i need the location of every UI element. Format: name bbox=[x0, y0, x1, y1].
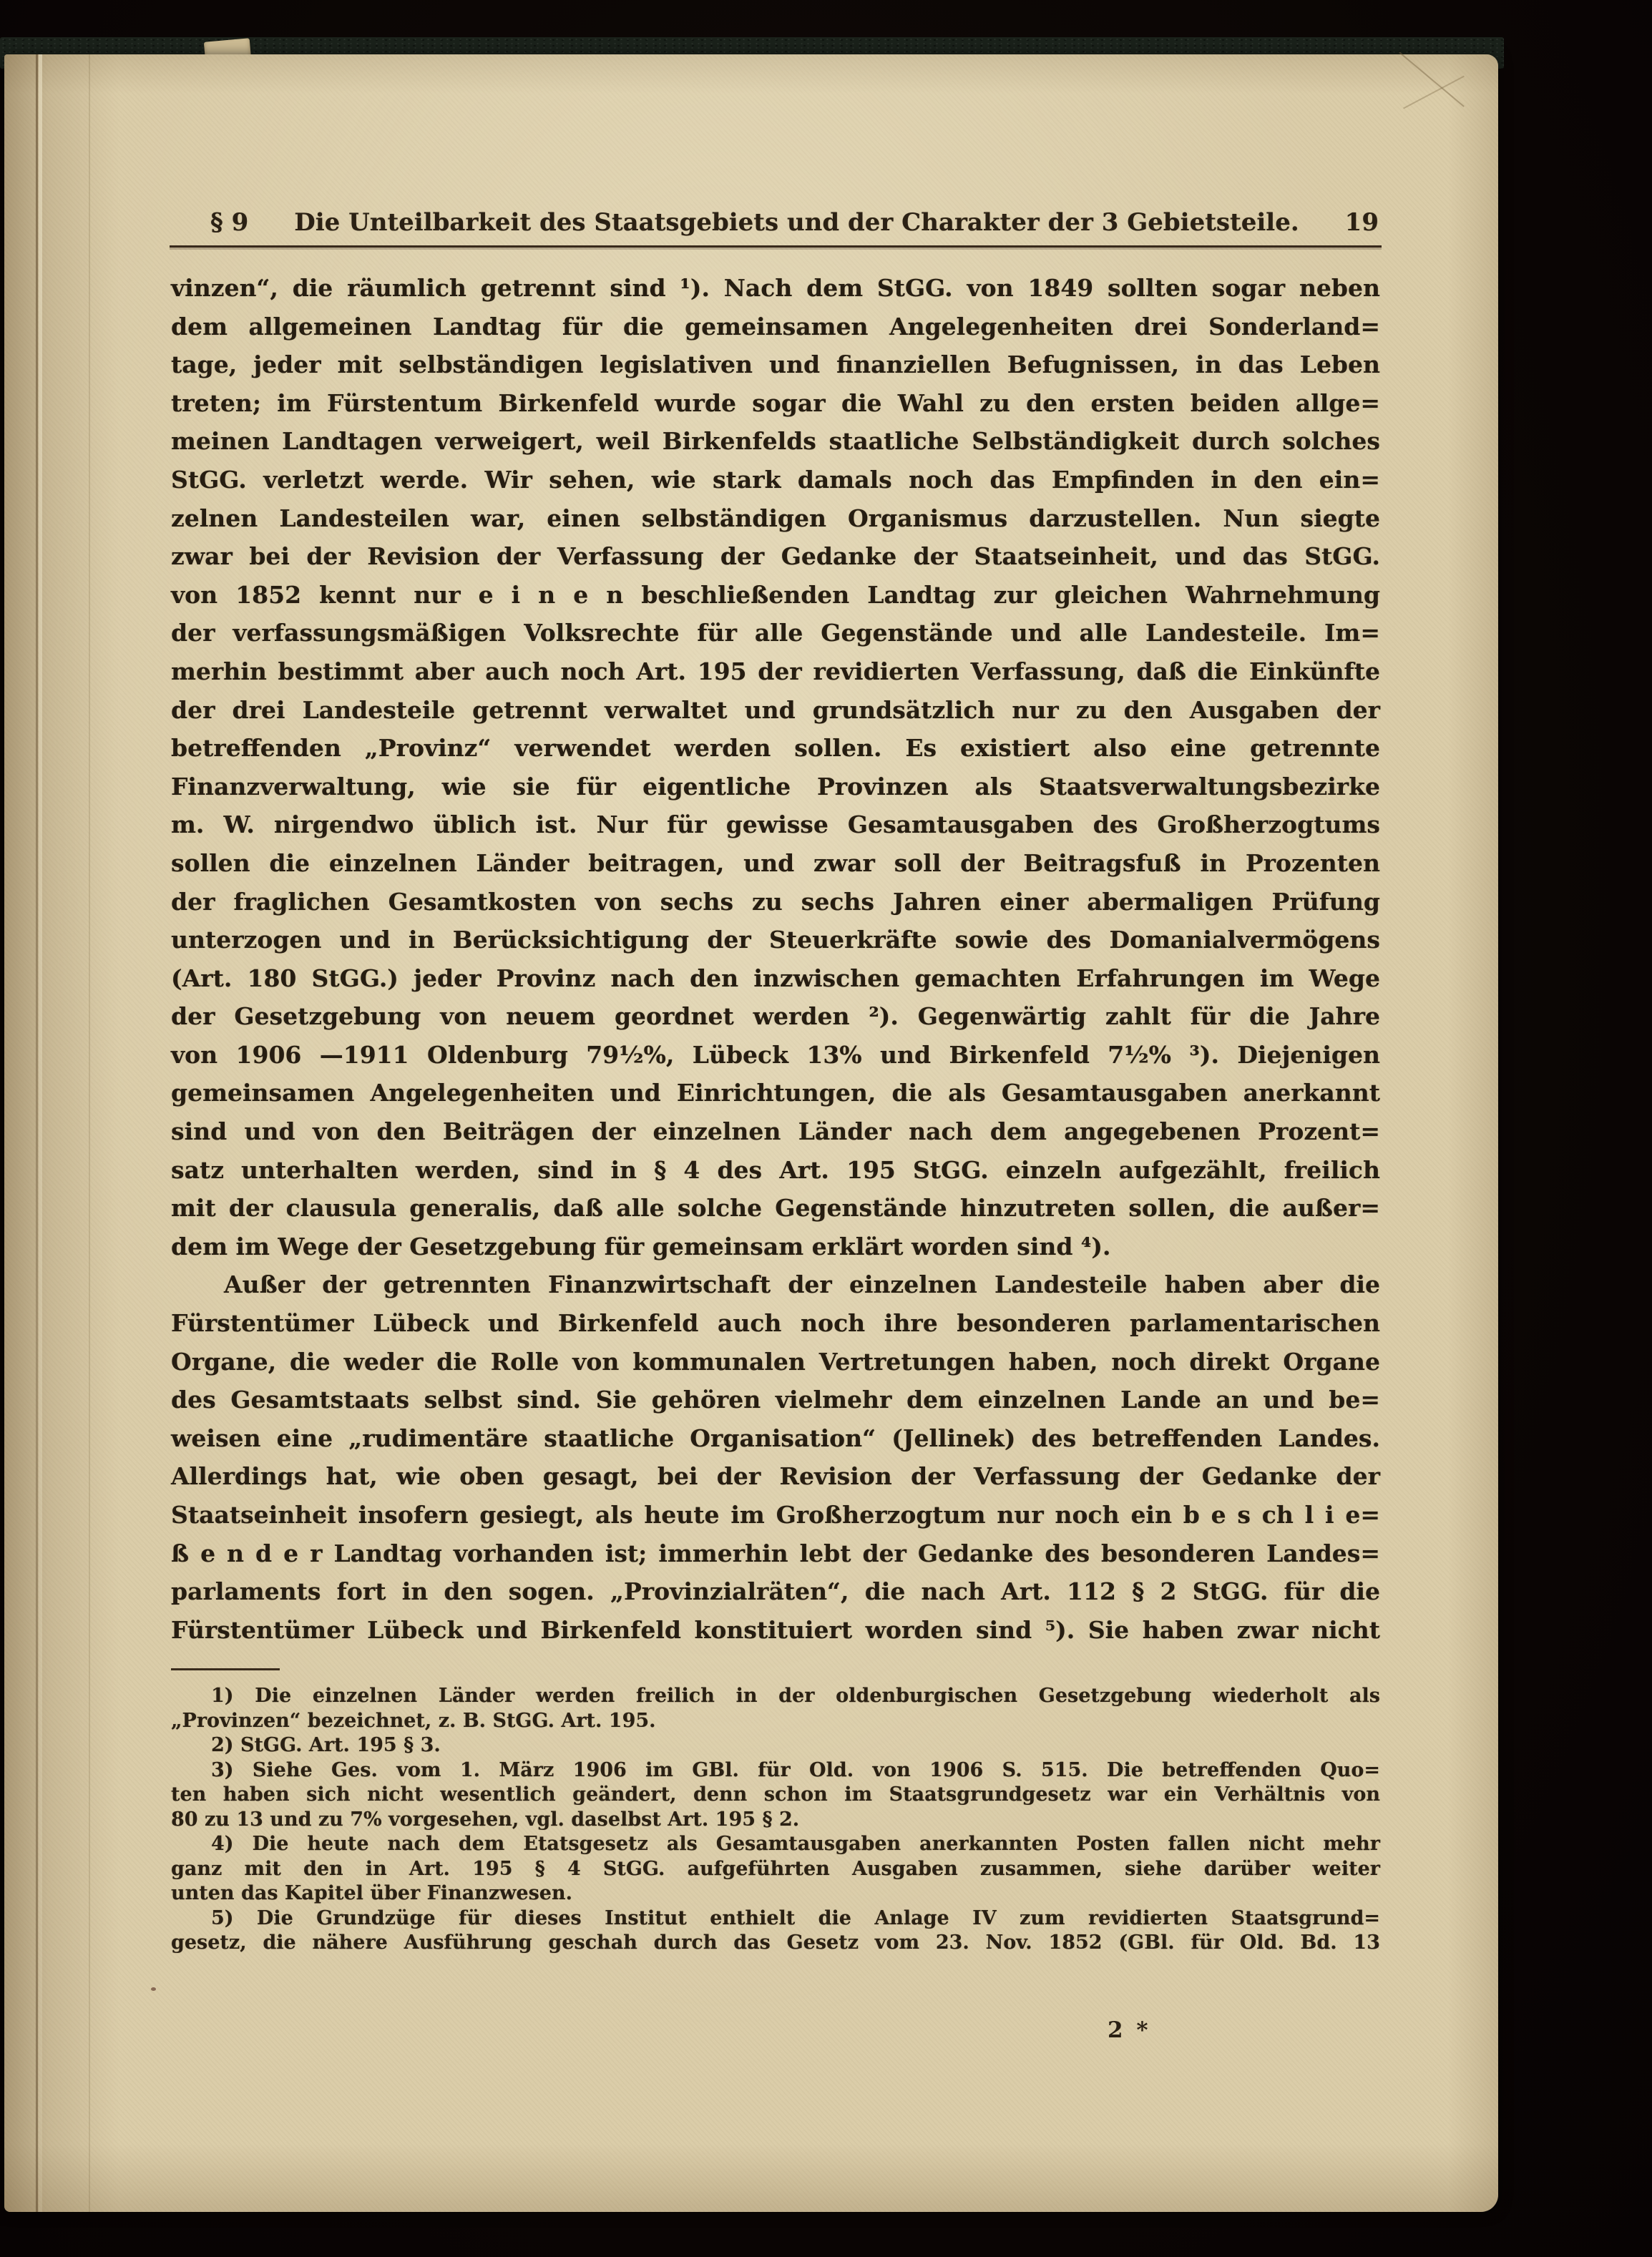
footnote-line: 80 zu 13 und zu 7% vorgesehen, vgl. dase… bbox=[171, 1808, 1380, 1833]
body-text-line: vinzen“, die räumlich getrennt sind ¹). … bbox=[171, 269, 1380, 308]
gutter-crease bbox=[36, 54, 38, 2212]
body-text-line: dem im Wege der Gesetzgebung für gemeins… bbox=[171, 1228, 1380, 1266]
paper-speck bbox=[151, 1987, 156, 1991]
footnote-separator bbox=[171, 1668, 280, 1670]
body-text-line: m. W. nirgendwo üblich ist. Nur für gewi… bbox=[171, 806, 1380, 844]
footnote-line: 1) Die einzelnen Länder werden freilich … bbox=[171, 1684, 1380, 1709]
body-text-line: unterzogen und in Berücksichtigung der S… bbox=[171, 921, 1380, 959]
body-text-line: betreffenden „Provinz“ verwendet werden … bbox=[171, 729, 1380, 768]
footnote-line: unten das Kapitel über Finanzwesen. bbox=[171, 1881, 1380, 1906]
body-text-line: parlaments fort in den sogen. „Provinzia… bbox=[171, 1572, 1380, 1611]
body-text-line: dem allgemeinen Landtag für die gemeinsa… bbox=[171, 308, 1380, 346]
body-text-line: treten; im Fürstentum Birkenfeld wurde s… bbox=[171, 384, 1380, 423]
footnote-line: gesetz, die nähere Ausführung geschah du… bbox=[171, 1931, 1380, 1956]
body-text-line: (Art. 180 StGG.) jeder Provinz nach den … bbox=[171, 959, 1380, 998]
running-title: Die Unteilbarkeit des Staatsgebiets und … bbox=[248, 208, 1344, 237]
body-text-line: von 1852 kennt nur e i n e n beschließen… bbox=[171, 576, 1380, 615]
body-text-line: ß e n d e r Landtag vorhanden ist; immer… bbox=[171, 1534, 1380, 1573]
header-rule bbox=[170, 245, 1382, 248]
body-text-line: Fürstentümer Lübeck und Birkenfeld konst… bbox=[171, 1611, 1380, 1650]
book-page: § 9 Die Unteilbarkeit des Staatsgebiets … bbox=[4, 54, 1498, 2212]
footnote-line: ten haben sich nicht wesentlich geändert… bbox=[171, 1783, 1380, 1808]
page-header: § 9 Die Unteilbarkeit des Staatsgebiets … bbox=[171, 208, 1380, 240]
gutter-crease-highlight bbox=[39, 54, 42, 2212]
body-text-line: Außer der getrennten Finanzwirtschaft de… bbox=[171, 1265, 1380, 1304]
body-text-line: zelnen Landesteilen war, einen selbständ… bbox=[171, 499, 1380, 538]
body-text-line: mit der clausula generalis, daß alle sol… bbox=[171, 1189, 1380, 1228]
body-text-line: der drei Landesteile getrennt verwaltet … bbox=[171, 691, 1380, 730]
body-text: vinzen“, die räumlich getrennt sind ¹). … bbox=[171, 269, 1380, 1649]
body-text-line: sind und von den Beiträgen der einzelnen… bbox=[171, 1112, 1380, 1151]
body-text-line: meinen Landtagen verweigert, weil Birken… bbox=[171, 422, 1380, 461]
footnote-line: 3) Siehe Ges. vom 1. März 1906 im GBl. f… bbox=[171, 1758, 1380, 1783]
body-text-line: satz unterhalten werden, sind in § 4 des… bbox=[171, 1151, 1380, 1190]
photo-background: § 9 Die Unteilbarkeit des Staatsgebiets … bbox=[0, 0, 1652, 2257]
body-text-line: StGG. verletzt werde. Wir sehen, wie sta… bbox=[171, 461, 1380, 499]
gutter-crease-faint bbox=[89, 54, 90, 2212]
body-text-line: merhin bestimmt aber auch noch Art. 195 … bbox=[171, 652, 1380, 691]
footnote-line: 4) Die heute nach dem Etatsgesetz als Ge… bbox=[171, 1832, 1380, 1857]
body-text-line: weisen eine „rudimentäre staatliche Orga… bbox=[171, 1419, 1380, 1458]
body-text-line: der Gesetzgebung von neuem geordnet werd… bbox=[171, 997, 1380, 1036]
body-text-line: der fraglichen Gesamtkosten von sechs zu… bbox=[171, 883, 1380, 921]
body-text-line: zwar bei der Revision der Verfassung der… bbox=[171, 537, 1380, 576]
footnote-line: „Provinzen“ bezeichnet, z. B. StGG. Art.… bbox=[171, 1709, 1380, 1734]
body-text-line: des Gesamtstaats selbst sind. Sie gehöre… bbox=[171, 1381, 1380, 1419]
page-number: 19 bbox=[1345, 208, 1379, 237]
signature-mark: 2 * bbox=[1108, 2017, 1151, 2043]
body-text-line: der verfassungsmäßigen Volksrechte für a… bbox=[171, 614, 1380, 652]
body-text-line: sollen die einzelnen Länder beitragen, u… bbox=[171, 844, 1380, 883]
footnote-line: ganz mit den in Art. 195 § 4 StGG. aufge… bbox=[171, 1857, 1380, 1882]
body-text-line: gemeinsamen Angelegenheiten und Einricht… bbox=[171, 1074, 1380, 1112]
section-number: § 9 bbox=[210, 208, 248, 237]
footnote-line: 5) Die Grundzüge für dieses Institut ent… bbox=[171, 1906, 1380, 1932]
body-text-line: tage, jeder mit selbständigen legislativ… bbox=[171, 346, 1380, 384]
body-text-line: Staatseinheit insofern gesiegt, als heut… bbox=[171, 1496, 1380, 1534]
footnote-line: 2) StGG. Art. 195 § 3. bbox=[171, 1733, 1380, 1758]
body-text-line: Allerdings hat, wie oben gesagt, bei der… bbox=[171, 1457, 1380, 1496]
body-text-line: Organe, die weder die Rolle von kommunal… bbox=[171, 1343, 1380, 1381]
body-text-line: von 1906 —1911 Oldenburg 79½%, Lübeck 13… bbox=[171, 1036, 1380, 1074]
body-text-line: Fürstentümer Lübeck und Birkenfeld auch … bbox=[171, 1304, 1380, 1343]
body-text-line: Finanzverwaltung, wie sie für eigentlich… bbox=[171, 768, 1380, 806]
footnotes: 1) Die einzelnen Länder werden freilich … bbox=[171, 1684, 1380, 1956]
